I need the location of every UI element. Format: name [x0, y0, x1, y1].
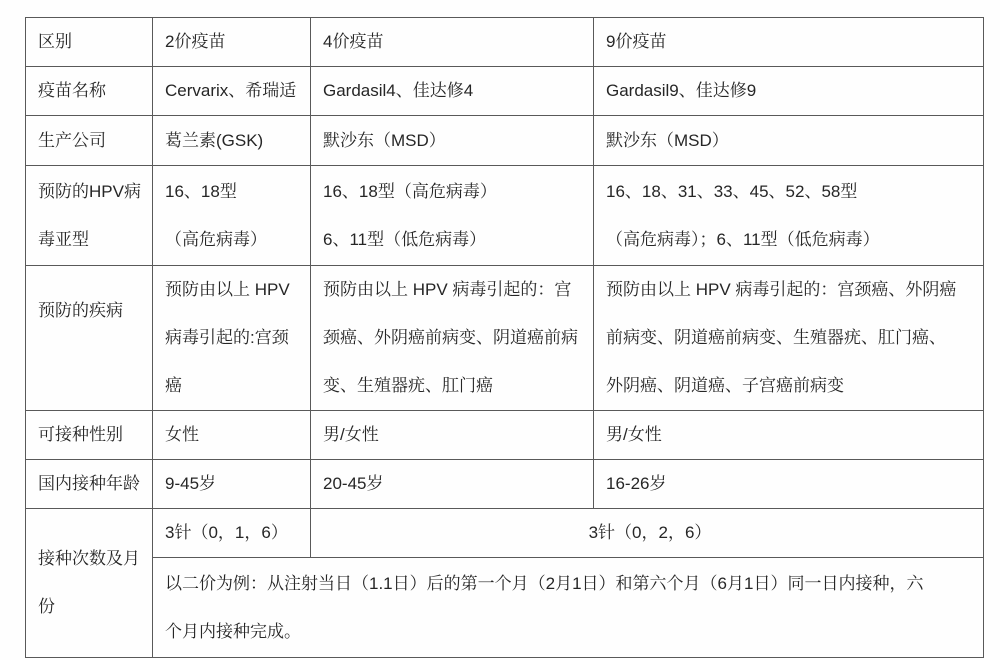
cell-diseases-9v: 预防由以上 HPV 病毒引起的：宫颈癌、外阴癌 前病变、阴道癌前病变、生殖器疣、… [594, 266, 984, 411]
cell-vaccine-name-9v: Gardasil9、佳达修9 [594, 67, 984, 116]
cell-vaccine-name-4v: Gardasil4、佳达修4 [311, 67, 594, 116]
row-schedule-note: 以二价为例：从注射当日（1.1日）后的第一个月（2月1日）和第六个月（6月1日）… [26, 558, 984, 658]
cell-manufacturer-4v: 默沙东（MSD） [311, 116, 594, 166]
cell-age-4v: 20-45岁 [311, 460, 594, 509]
cell-diseases-4v: 预防由以上 HPV 病毒引起的：宫 颈癌、外阴癌前病变、阴道癌前病 变、生殖器疣… [311, 266, 594, 411]
cell-doses-2v: 3针（0，1，6） [153, 509, 311, 558]
header-row: 区别 2价疫苗 4价疫苗 9价疫苗 [26, 18, 984, 67]
col-header-2-valent: 2价疫苗 [153, 18, 311, 67]
col-header-9-valent: 9价疫苗 [594, 18, 984, 67]
cell-gender-9v: 男/女性 [594, 411, 984, 460]
row-label-diseases-prevented: 预防的疾病 [26, 266, 153, 411]
cell-age-9v: 16-26岁 [594, 460, 984, 509]
row-label-vaccine-name: 疫苗名称 [26, 67, 153, 116]
cell-gender-2v: 女性 [153, 411, 311, 460]
cell-hpv-subtypes-4v: 16、18型（高危病毒） 6、11型（低危病毒） [311, 166, 594, 266]
cell-vaccine-name-2v: Cervarix、希瑞适 [153, 67, 311, 116]
cell-schedule-note: 以二价为例：从注射当日（1.1日）后的第一个月（2月1日）和第六个月（6月1日）… [153, 558, 984, 658]
cell-gender-4v: 男/女性 [311, 411, 594, 460]
hpv-vaccine-comparison-table: 区别 2价疫苗 4价疫苗 9价疫苗 疫苗名称 Cervarix、希瑞适 Gard… [25, 17, 984, 658]
col-header-category: 区别 [26, 18, 153, 67]
document-page: 区别 2价疫苗 4价疫苗 9价疫苗 疫苗名称 Cervarix、希瑞适 Gard… [0, 0, 1000, 660]
cell-manufacturer-2v: 葛兰素(GSK) [153, 116, 311, 166]
row-eligible-gender: 可接种性别 女性 男/女性 男/女性 [26, 411, 984, 460]
row-label-dose-schedule: 接种次数及月 份 [26, 509, 153, 658]
row-vaccine-name: 疫苗名称 Cervarix、希瑞适 Gardasil4、佳达修4 Gardasi… [26, 67, 984, 116]
col-header-4-valent: 4价疫苗 [311, 18, 594, 67]
row-label-manufacturer: 生产公司 [26, 116, 153, 166]
cell-hpv-subtypes-2v: 16、18型 （高危病毒） [153, 166, 311, 266]
row-label-age-range: 国内接种年龄 [26, 460, 153, 509]
row-domestic-age-range: 国内接种年龄 9-45岁 20-45岁 16-26岁 [26, 460, 984, 509]
cell-doses-4v-9v: 3针（0，2，6） [311, 509, 984, 558]
row-hpv-subtypes: 预防的HPV病 毒亚型 16、18型 （高危病毒） 16、18型（高危病毒） 6… [26, 166, 984, 266]
cell-age-2v: 9-45岁 [153, 460, 311, 509]
cell-hpv-subtypes-9v: 16、18、31、33、45、52、58型 （高危病毒）；6、11型（低危病毒） [594, 166, 984, 266]
row-dose-schedule: 接种次数及月 份 3针（0，1，6） 3针（0，2，6） [26, 509, 984, 558]
row-label-eligible-gender: 可接种性别 [26, 411, 153, 460]
cell-diseases-2v: 预防由以上 HPV 病毒引起的:宫颈 癌 [153, 266, 311, 411]
row-label-hpv-subtypes: 预防的HPV病 毒亚型 [26, 166, 153, 266]
row-diseases-prevented: 预防的疾病 预防由以上 HPV 病毒引起的:宫颈 癌 预防由以上 HPV 病毒引… [26, 266, 984, 411]
row-manufacturer: 生产公司 葛兰素(GSK) 默沙东（MSD） 默沙东（MSD） [26, 116, 984, 166]
cell-manufacturer-9v: 默沙东（MSD） [594, 116, 984, 166]
